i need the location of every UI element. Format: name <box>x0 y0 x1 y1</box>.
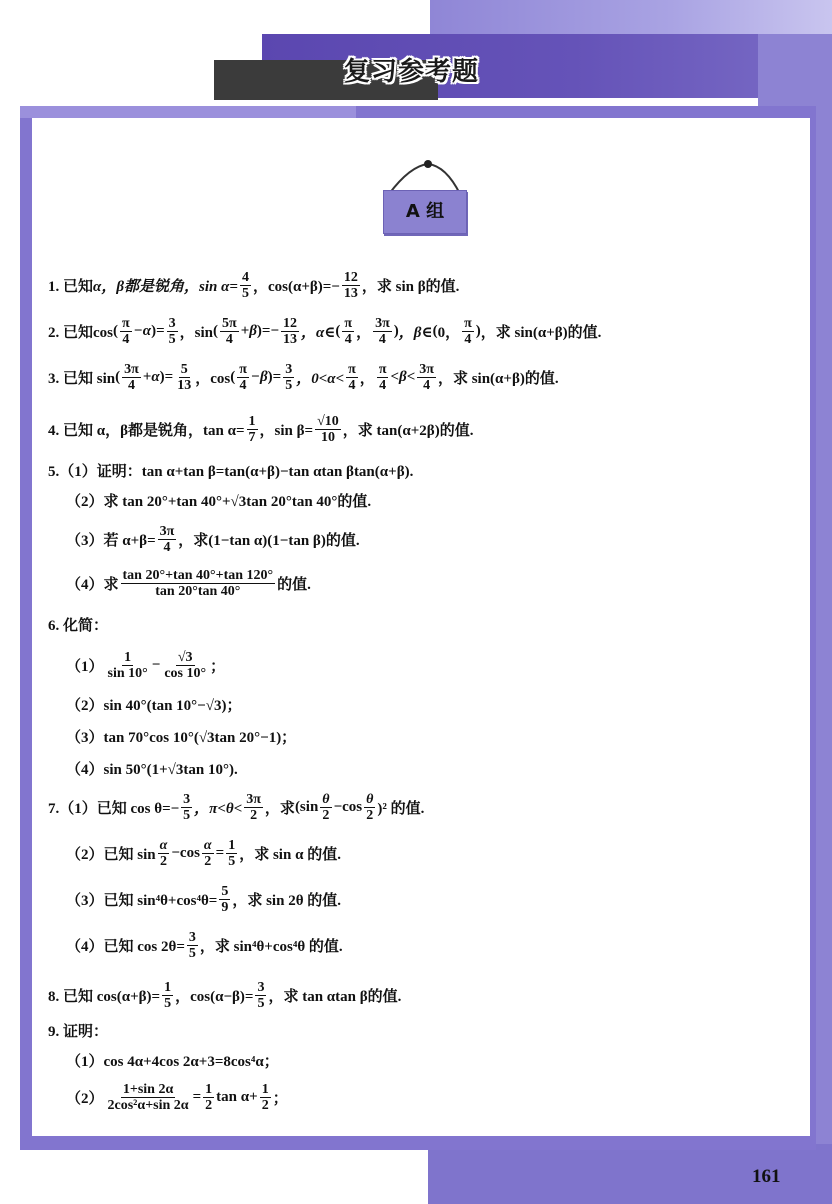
equals: = <box>216 845 225 862</box>
problem-7-text: −cos <box>171 845 200 862</box>
fraction: 12 <box>260 1082 271 1113</box>
problem-8-text: 8. 已知 cos(α+β)= <box>48 985 160 1006</box>
problem-5-text: （2）求 tan 20°+tan 40°+√3tan 20°tan 40°的值. <box>66 490 371 511</box>
problem-5-text: 的值. <box>277 573 311 594</box>
problem-2-text: ，求 sin(α+β)的值. <box>481 321 602 342</box>
problem-9-header: 9. 证明： <box>48 1020 108 1041</box>
problem-7-text: ，求 sin 2θ 的值. <box>232 889 341 910</box>
numerator: 1 <box>247 414 258 430</box>
comma: ， <box>360 367 375 388</box>
fraction: 1sin 10° <box>106 650 150 681</box>
problem-6-text: （3）tan 70°cos 10°(√3tan 20°−1)； <box>66 726 296 747</box>
numerator: π <box>377 362 389 378</box>
problem-8-text: ，求 tan αtan β的值. <box>268 985 401 1006</box>
fraction: 1213 <box>342 270 360 301</box>
problem-5-text: （4）求 <box>66 573 119 594</box>
problem-5-text: 5.（1）证明：tan α+tan β=tan(α+β)−tan αtan βt… <box>48 460 413 481</box>
problem-7-text: 7.（1）已知 cos θ=− <box>48 797 179 818</box>
problem-7-part-2: （2）已知 sin α2 −cos α2 = 15 ，求 sin α 的值. <box>66 838 341 869</box>
problem-7-part-4: （4）已知 cos 2θ= 35 ，求 sin⁴θ+cos⁴θ 的值. <box>66 930 343 961</box>
equals: =− <box>262 323 279 340</box>
numerator: 3 <box>255 980 266 996</box>
problem-6-text: 6. 化简： <box>48 614 108 635</box>
fraction: π4 <box>237 362 249 393</box>
numerator: 3 <box>167 316 178 332</box>
fraction: 3π4 <box>122 362 141 393</box>
problem-3-text: ，求 sin(α+β)的值. <box>438 367 559 388</box>
problem-3-text: 3. 已知 sin <box>48 367 115 388</box>
problem-5-part-2: （2）求 tan 20°+tan 40°+√3tan 20°tan 40°的值. <box>66 490 371 511</box>
numerator: π <box>120 316 132 332</box>
fraction: 45 <box>240 270 251 301</box>
problem-6-text: （4）sin 50°(1+√3tan 10°). <box>66 758 238 779</box>
paren: ( <box>115 369 120 386</box>
fraction: 3π4 <box>417 362 436 393</box>
minus: − <box>152 657 161 674</box>
problem-6-text: （2）sin 40°(tan 10°−√3)； <box>66 694 241 715</box>
problem-3-text: <β< <box>390 369 415 386</box>
numerator: 3 <box>283 362 294 378</box>
problem-2-text: ，α∈ <box>301 321 335 342</box>
denominator: 2 <box>158 854 169 869</box>
denominator: 2 <box>320 808 331 823</box>
problem-6-part-2: （2）sin 40°(tan 10°−√3)； <box>66 694 241 715</box>
denominator: sin 10° <box>106 666 150 681</box>
numerator: π <box>346 362 358 378</box>
denominator: 4 <box>462 332 473 347</box>
problem-7-part-3: （3）已知 sin⁴θ+cos⁴θ= 59 ，求 sin 2θ 的值. <box>66 884 341 915</box>
numerator: 1 <box>260 1082 271 1098</box>
problem-2-text: +β <box>241 323 257 340</box>
denominator: 5 <box>255 996 266 1011</box>
numerator: 3π <box>158 524 177 540</box>
problem-2-text: −α <box>134 323 151 340</box>
problem-4: 4. 已知 α，β都是锐角，tan α= 17 ，sin β= √1010 ，求… <box>48 414 473 445</box>
paren: ( <box>113 323 118 340</box>
numerator: 1 <box>203 1082 214 1098</box>
denominator: 4 <box>346 378 357 393</box>
numerator: 3π <box>417 362 436 378</box>
denominator: 4 <box>224 332 235 347</box>
problem-2-text: 2. 已知cos <box>48 321 113 342</box>
problem-5-part-4: （4）求 tan 20°+tan 40°+tan 120°tan 20°tan … <box>66 568 311 599</box>
problem-7-text: （2）已知 sin <box>66 843 156 864</box>
problem-3-text: ，cos <box>195 367 230 388</box>
problem-7-text: ，求 sin⁴θ+cos⁴θ 的值. <box>200 935 343 956</box>
numerator: 1 <box>122 650 133 666</box>
numerator: tan 20°+tan 40°+tan 120° <box>121 568 276 584</box>
fraction: 35 <box>187 930 198 961</box>
fraction: 3π4 <box>158 524 177 555</box>
numerator: 1 <box>226 838 237 854</box>
problem-1-text: α，β都是锐角，sin α= <box>93 275 238 296</box>
problem-4-text: 4. 已知 α，β都是锐角，tan α= <box>48 419 245 440</box>
problem-9-text: （1）cos 4α+4cos 2α+3=8cos⁴α； <box>66 1050 279 1071</box>
denominator: 4 <box>238 378 249 393</box>
problem-1-text: ，求 sin β的值. <box>362 275 460 296</box>
denominator: 5 <box>167 332 178 347</box>
paren: ( <box>335 323 340 340</box>
problem-9-part-1: （1）cos 4α+4cos 2α+3=8cos⁴α； <box>66 1050 279 1071</box>
problem-7-text: ，π<θ< <box>194 797 242 818</box>
denominator: 5 <box>240 286 251 301</box>
problem-5-text: ，求(1−tan α)(1−tan β)的值. <box>178 529 359 550</box>
fraction: 5π4 <box>220 316 239 347</box>
fraction: √3cos 10° <box>162 650 208 681</box>
numerator: 5 <box>179 362 190 378</box>
numerator: θ <box>364 792 375 808</box>
page-number: 161 <box>752 1166 781 1188</box>
fraction: 59 <box>219 884 230 915</box>
denominator: 2 <box>202 854 213 869</box>
numerator: 5 <box>219 884 230 900</box>
denominator: 4 <box>377 332 388 347</box>
fraction: π4 <box>346 362 358 393</box>
numerator: 3π <box>244 792 263 808</box>
problem-6-part-1: （1） 1sin 10° − √3cos 10° ； <box>66 650 225 681</box>
fraction: 17 <box>247 414 258 445</box>
fraction: π4 <box>377 362 389 393</box>
problem-7-text: （4）已知 cos 2θ= <box>66 935 185 956</box>
problem-7-text: ，求 sin α 的值. <box>239 843 341 864</box>
fraction: 35 <box>181 792 192 823</box>
problem-8: 8. 已知 cos(α+β)= 15 ，cos(α−β)= 35 ，求 tan … <box>48 980 401 1011</box>
problem-2-text: ，β∈ <box>399 321 433 342</box>
fraction: 12 <box>203 1082 214 1113</box>
fraction: 3π4 <box>373 316 392 347</box>
denominator: 5 <box>187 946 198 961</box>
denominator: 4 <box>343 332 354 347</box>
header-decoration-light <box>430 0 832 36</box>
fraction: 35 <box>255 980 266 1011</box>
problem-9-text: 9. 证明： <box>48 1020 108 1041</box>
fraction: 1+sin 2α2cos²α+sin 2α <box>106 1082 191 1113</box>
fraction: π4 <box>120 316 132 347</box>
problem-5-text: （3）若 α+β= <box>66 529 156 550</box>
denominator: 13 <box>281 332 299 347</box>
problem-7-part-1: 7.（1）已知 cos θ=− 35 ，π<θ< 3π2 ，求 (sin θ2 … <box>48 792 424 823</box>
problem-2-text: ，sin <box>180 321 213 342</box>
denominator: 4 <box>120 332 131 347</box>
fraction: 15 <box>162 980 173 1011</box>
fraction: α2 <box>202 838 214 869</box>
problem-6-header: 6. 化简： <box>48 614 108 635</box>
problem-3-text: ，0<α< <box>296 367 344 388</box>
numerator: π <box>342 316 354 332</box>
numerator: √3 <box>176 650 195 666</box>
denominator: 4 <box>126 378 137 393</box>
equals: = <box>273 369 282 386</box>
problem-5-part-1: 5.（1）证明：tan α+tan β=tan(α+β)−tan αtan βt… <box>48 460 413 481</box>
fraction: θ2 <box>320 792 331 823</box>
equals: = <box>156 323 165 340</box>
problem-7-text: (sin <box>295 799 318 816</box>
problem-7-text: ，求 <box>265 797 295 818</box>
problem-7-text: （3）已知 sin⁴θ+cos⁴θ= <box>66 889 217 910</box>
numerator: α <box>158 838 170 854</box>
zero: 0， <box>438 321 461 342</box>
fraction: θ2 <box>364 792 375 823</box>
denominator: 5 <box>181 808 192 823</box>
denominator: 10 <box>319 430 337 445</box>
numerator: θ <box>320 792 331 808</box>
problem-3: 3. 已知 sin ( 3π4 +α ) = 513 ，cos ( π4 −β … <box>48 362 559 393</box>
frame-top-strip <box>20 106 356 118</box>
denominator: 9 <box>219 900 230 915</box>
numerator: 3π <box>122 362 141 378</box>
fraction: 3π2 <box>244 792 263 823</box>
problem-5-part-3: （3）若 α+β= 3π4 ，求(1−tan α)(1−tan β)的值. <box>66 524 360 555</box>
denominator: 2cos²α+sin 2α <box>106 1098 191 1113</box>
problem-9-text: （2） <box>66 1087 104 1108</box>
fraction: 513 <box>175 362 193 393</box>
denominator: 2 <box>203 1098 214 1113</box>
fraction: √1010 <box>315 414 341 445</box>
fraction: 15 <box>226 838 237 869</box>
numerator: 5π <box>220 316 239 332</box>
group-a-sign: A 组 <box>383 190 467 234</box>
numerator: √10 <box>315 414 341 430</box>
comma: ， <box>356 321 371 342</box>
fraction: π4 <box>342 316 354 347</box>
numerator: π <box>462 316 474 332</box>
denominator: 2 <box>248 808 259 823</box>
numerator: 12 <box>281 316 299 332</box>
equals: = <box>193 1089 202 1106</box>
problem-8-text: ，cos(α−β)= <box>175 985 253 1006</box>
denominator: 5 <box>283 378 294 393</box>
equals: = <box>165 369 174 386</box>
fraction: π4 <box>462 316 474 347</box>
denominator: 2 <box>260 1098 271 1113</box>
denominator: 7 <box>247 430 258 445</box>
problem-3-text: +α <box>143 369 160 386</box>
numerator: 1 <box>162 980 173 996</box>
numerator: π <box>237 362 249 378</box>
page-title: 复习参考题 <box>344 52 479 92</box>
fraction: 35 <box>167 316 178 347</box>
fraction: 1213 <box>281 316 299 347</box>
problem-9-text: tan α+ <box>216 1089 258 1106</box>
denominator: 13 <box>175 378 193 393</box>
fraction: tan 20°+tan 40°+tan 120°tan 20°tan 40° <box>121 568 276 599</box>
numerator: α <box>202 838 214 854</box>
problem-4-text: ，求 tan(α+2β)的值. <box>343 419 474 440</box>
numerator: 3π <box>373 316 392 332</box>
problem-4-text: ，sin β= <box>260 419 314 440</box>
problem-2: 2. 已知cos ( π4 −α ) = 35 ，sin ( 5π4 +β ) … <box>48 316 601 347</box>
numerator: 12 <box>342 270 360 286</box>
footer-blank <box>0 1150 428 1204</box>
numerator: 3 <box>187 930 198 946</box>
problem-6-text: ； <box>210 655 225 676</box>
problem-7-text: )² 的值. <box>377 797 424 818</box>
problem-6-part-3: （3）tan 70°cos 10°(√3tan 20°−1)； <box>66 726 296 747</box>
problem-3-text: −β <box>251 369 268 386</box>
fraction: α2 <box>158 838 170 869</box>
problem-9-text: ； <box>273 1087 288 1108</box>
problem-9-part-2: （2） 1+sin 2α2cos²α+sin 2α = 12 tan α+ 12… <box>66 1082 288 1113</box>
denominator: tan 20°tan 40° <box>153 584 242 599</box>
problem-1-text: ，cos(α+β)=− <box>253 275 340 296</box>
problem-1: 1. 已知α，β都是锐角，sin α= 45 ，cos(α+β)=− 1213 … <box>48 270 459 301</box>
denominator: cos 10° <box>162 666 208 681</box>
denominator: 5 <box>226 854 237 869</box>
paren: ( <box>230 369 235 386</box>
denominator: 4 <box>161 540 172 555</box>
fraction: 35 <box>283 362 294 393</box>
problem-6-text: （1） <box>66 655 104 676</box>
problem-6-part-4: （4）sin 50°(1+√3tan 10°). <box>66 758 238 779</box>
denominator: 2 <box>364 808 375 823</box>
numerator: 4 <box>240 270 251 286</box>
problem-7-text: −cos <box>334 799 363 816</box>
numerator: 3 <box>181 792 192 808</box>
paren: ( <box>213 323 218 340</box>
denominator: 4 <box>377 378 388 393</box>
denominator: 4 <box>421 378 432 393</box>
problem-1-text: 1. 已知 <box>48 275 93 296</box>
denominator: 13 <box>342 286 360 301</box>
numerator: 1+sin 2α <box>121 1082 175 1098</box>
denominator: 5 <box>162 996 173 1011</box>
